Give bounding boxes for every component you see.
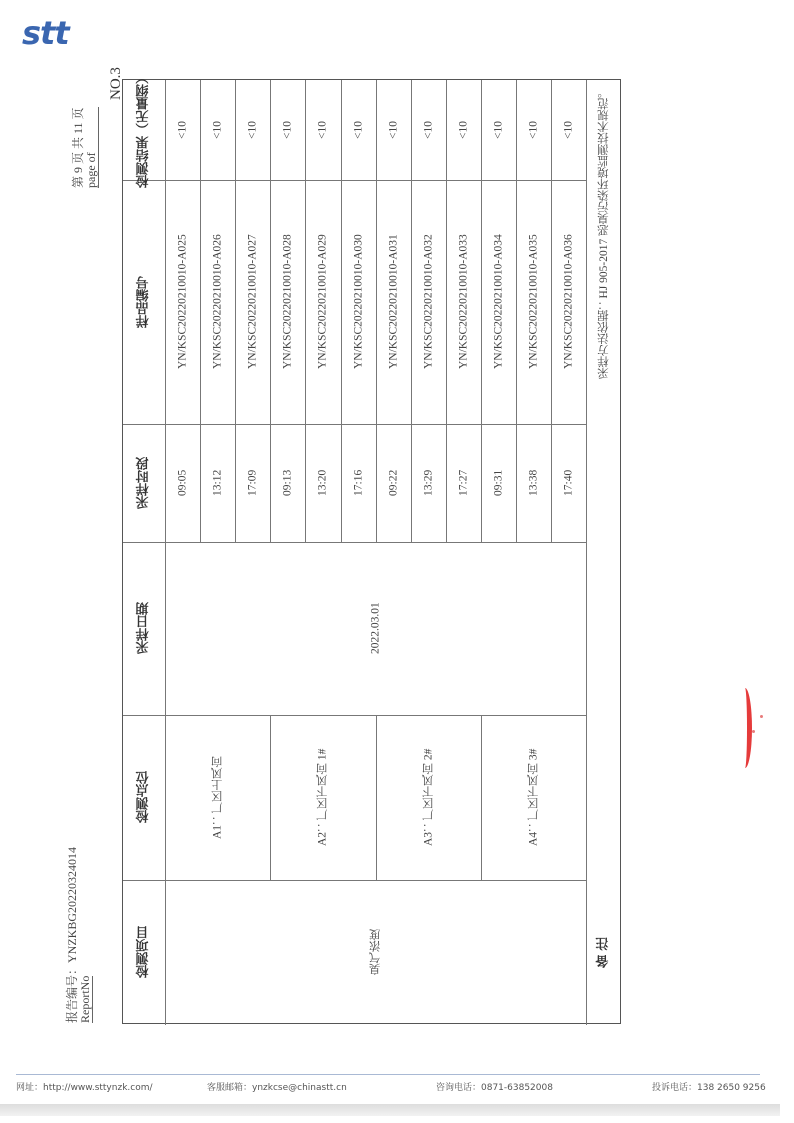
stamp-mark xyxy=(760,715,763,718)
result-cell: <10 xyxy=(516,80,551,180)
company-logo: stt xyxy=(22,14,69,52)
stamp-mark xyxy=(752,730,755,733)
date-cell: 2022.03.01 xyxy=(165,542,586,715)
remarks-label: 备 注 xyxy=(586,880,622,1025)
time-cell: 17:09 xyxy=(235,424,270,542)
result-cell: <10 xyxy=(481,80,516,180)
sample-id-cell: YN/KSC20220210010-A030 xyxy=(341,180,376,424)
result-cell: <10 xyxy=(200,80,235,180)
time-cell: 13:29 xyxy=(411,424,446,542)
result-cell: <10 xyxy=(341,80,376,180)
header-result: 检测结果（无量纲） xyxy=(123,80,165,180)
time-cell: 09:22 xyxy=(376,424,411,542)
sample-id-cell: YN/KSC20220210010-A025 xyxy=(165,180,200,424)
result-cell: <10 xyxy=(165,80,200,180)
result-cell: <10 xyxy=(411,80,446,180)
header-site: 检测点位 xyxy=(123,715,165,880)
time-cell: 09:13 xyxy=(270,424,305,542)
time-cell: 17:40 xyxy=(551,424,586,542)
page-indicator: 第 9 页 共 11 页 page of xyxy=(72,107,99,188)
time-cell: 17:27 xyxy=(446,424,481,542)
footer-complaint-phone: 投诉电话：138 2650 9256 xyxy=(652,1080,766,1093)
sample-id-cell: YN/KSC20220210010-A031 xyxy=(376,180,411,424)
footer-website[interactable]: 网址：http://www.sttynzk.com/ xyxy=(16,1080,153,1093)
results-table: 检测结果（无量纲）样品编号采样时段采样日期检测点位检测项目<10YN/KSC20… xyxy=(122,79,621,1024)
sample-id-cell: YN/KSC20220210010-A034 xyxy=(481,180,516,424)
sample-id-cell: YN/KSC20220210010-A036 xyxy=(551,180,586,424)
report-no-value: YNZKBG20220324014 xyxy=(65,847,79,963)
sample-id-cell: YN/KSC20220210010-A029 xyxy=(305,180,340,424)
result-cell: <10 xyxy=(235,80,270,180)
sample-id-cell: YN/KSC20220210010-A035 xyxy=(516,180,551,424)
site-cell: A1：厂区上风向 xyxy=(165,715,270,880)
result-cell: <10 xyxy=(551,80,586,180)
site-cell: A3：厂区下风向 2# xyxy=(376,715,481,880)
time-cell: 09:05 xyxy=(165,424,200,542)
result-cell: <10 xyxy=(270,80,305,180)
header-time: 采样时段 xyxy=(123,424,165,542)
header-item: 检测项目 xyxy=(123,880,165,1025)
time-cell: 13:12 xyxy=(200,424,235,542)
header-date: 采样日期 xyxy=(123,542,165,715)
header-result-line2: （无量纲） xyxy=(135,72,154,137)
page-en: page of xyxy=(85,107,99,188)
report-no-en: ReportNo xyxy=(79,976,93,1023)
site-cell: A2：厂区下风向 1# xyxy=(270,715,375,880)
seal-stamp xyxy=(738,688,752,768)
time-cell: 13:20 xyxy=(305,424,340,542)
footer-email[interactable]: 客服邮箱：ynzkcse@chinastt.cn xyxy=(207,1080,347,1093)
item-cell: 臭气浓度 xyxy=(165,880,586,1025)
result-cell: <10 xyxy=(376,80,411,180)
time-cell: 17:16 xyxy=(341,424,376,542)
result-cell: <10 xyxy=(305,80,340,180)
time-cell: 09:31 xyxy=(481,424,516,542)
report-number: 报告编号：YNZKBG20220324014 ReportNo xyxy=(66,847,93,1023)
time-cell: 13:38 xyxy=(516,424,551,542)
footer-bar xyxy=(0,1104,780,1116)
sample-id-cell: YN/KSC20220210010-A026 xyxy=(200,180,235,424)
result-cell: <10 xyxy=(446,80,481,180)
remarks-text: 采样方法依据：HJ 905-2017 恶臭污染环境监测技术规范。 xyxy=(586,80,622,880)
sample-id-cell: YN/KSC20220210010-A028 xyxy=(270,180,305,424)
site-cell: A4：厂区下风向 3# xyxy=(481,715,586,880)
footer-consult-phone: 咨询电话：0871-63852008 xyxy=(436,1080,553,1093)
sample-id-cell: YN/KSC20220210010-A033 xyxy=(446,180,481,424)
footer-divider xyxy=(16,1074,760,1075)
sample-id-cell: YN/KSC20220210010-A032 xyxy=(411,180,446,424)
report-no-label: 报告编号： xyxy=(65,963,79,1023)
sample-id-cell: YN/KSC20220210010-A027 xyxy=(235,180,270,424)
header-sample-id: 样品编号 xyxy=(123,180,165,424)
